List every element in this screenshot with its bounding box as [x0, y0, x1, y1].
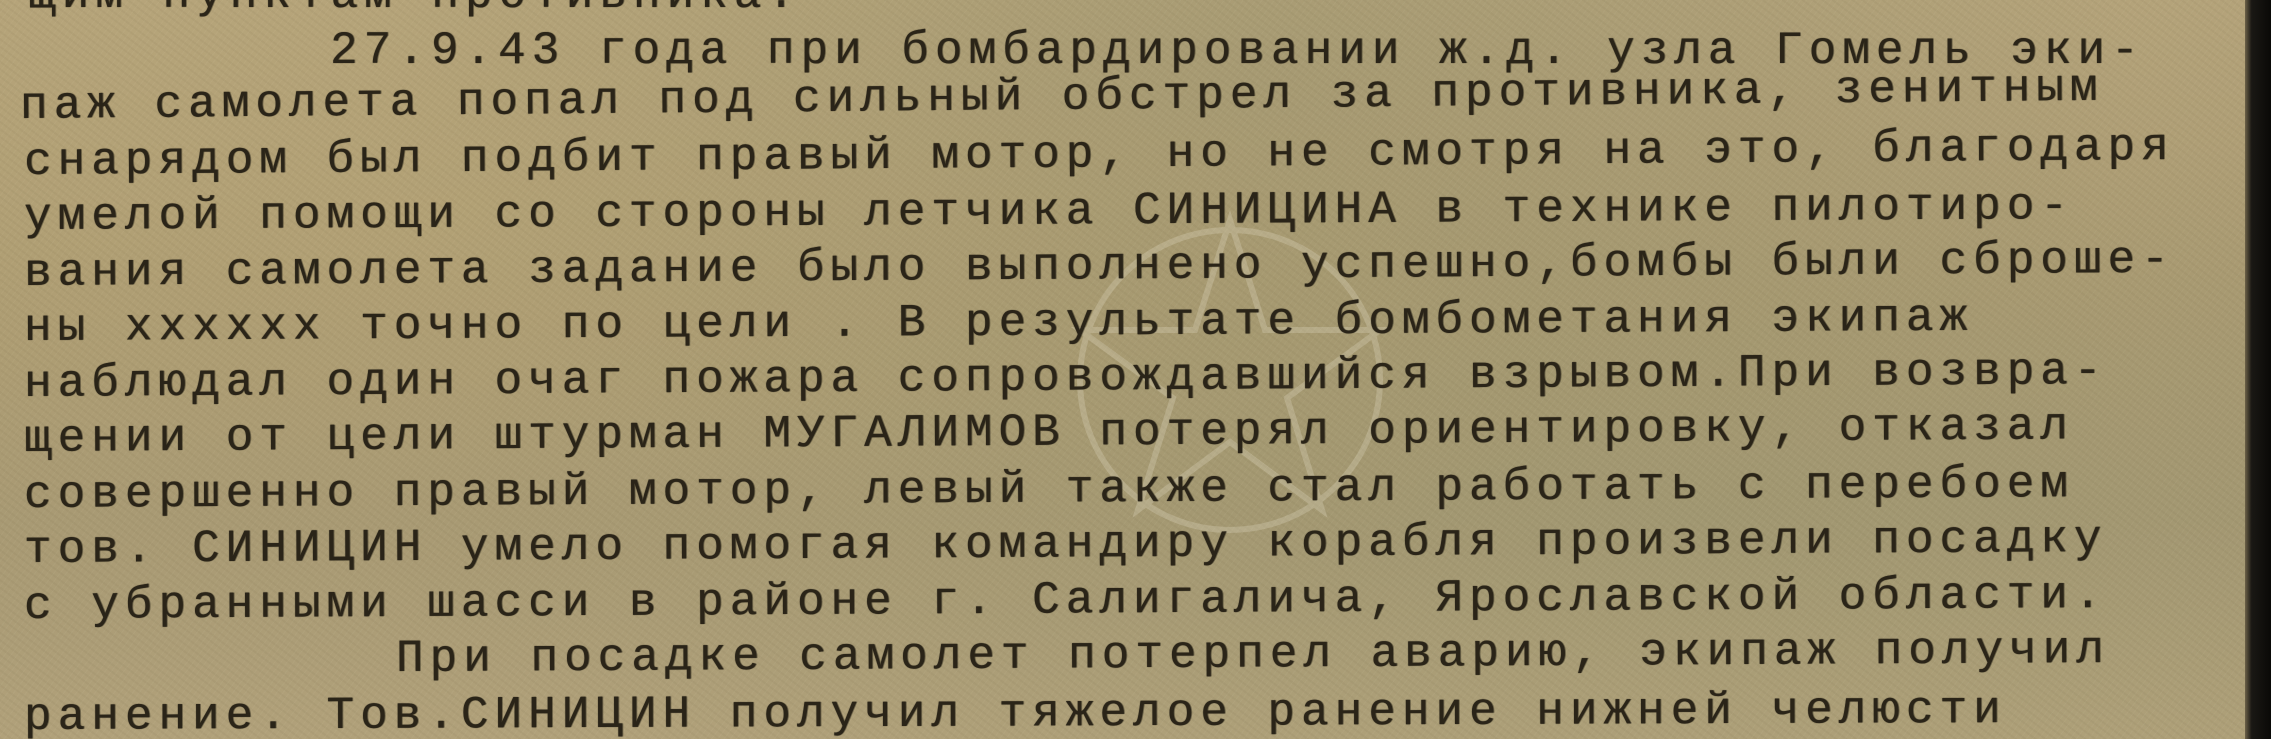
scan-border [2245, 0, 2271, 739]
text-line: щим пунктам противника. [28, 0, 2240, 24]
typewritten-text: щим пунктам противника. 27.9.43 года при… [0, 0, 2240, 739]
text-line: При посадке самолет потерпел аварию, эки… [24, 622, 2240, 689]
text-line: ранение. Тов.СИНИЦИН получил тяжелое ран… [24, 682, 2240, 739]
document-page: щим пунктам противника. 27.9.43 года при… [0, 0, 2271, 739]
